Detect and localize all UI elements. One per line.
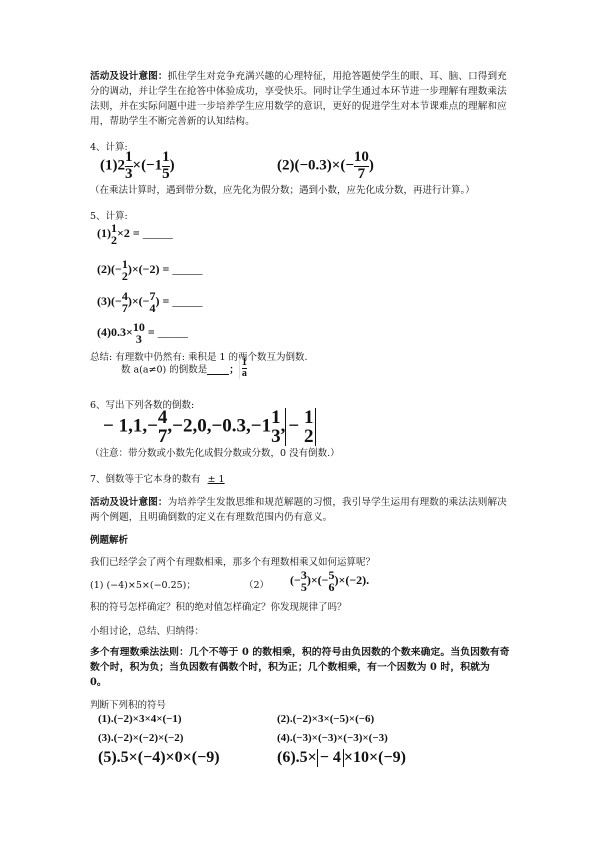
judge-sign-instruction: 判断下列积的符号: [90, 697, 166, 711]
text: (−: [290, 573, 301, 587]
absolute-value: − 12: [285, 408, 316, 446]
numerator: 1: [125, 150, 133, 167]
numerator: 1: [304, 408, 314, 427]
denominator: 3: [271, 427, 281, 446]
label: (2): [277, 157, 295, 173]
text: )×(−: [307, 573, 329, 587]
q4-problem-1: (1)213×(−115): [100, 150, 175, 182]
example-intro: 我们已经学会了两个有理数相乘，那多个有理数相乘又如何运算呢？: [90, 554, 375, 568]
label: (4): [97, 325, 111, 339]
text: ): [369, 157, 374, 173]
q5-item-2: (2)(−12)×(−2) = _____: [97, 258, 202, 282]
rule-label: 多个有理数乘法法则：: [90, 647, 189, 658]
fraction: 103: [133, 321, 145, 345]
group-discussion: 小组讨论，总结、归纳得：: [90, 623, 204, 637]
answer: ± 1: [208, 474, 225, 485]
text: (−: [111, 262, 122, 276]
denominator: 5: [162, 167, 170, 182]
numerator: 4: [158, 408, 168, 427]
exercise-3: (3).(−2)×(−2)×(−2): [98, 732, 183, 744]
text: − 1,1,−: [103, 415, 158, 436]
fraction: 15: [162, 150, 170, 182]
q5-item-1: (1)12×2 = _____: [97, 222, 173, 246]
text: )×(−: [128, 294, 150, 308]
example-2-label: （2）: [244, 577, 269, 591]
text: (−1: [141, 157, 162, 173]
fraction: 1a: [239, 358, 247, 379]
exercise-2: (2).(−2)×3×(−5)×(−6): [277, 713, 374, 725]
label: (2): [97, 262, 111, 276]
text: 数 a(a≠0) 的倒数是: [121, 365, 207, 376]
q4-problem-2: (2)(−0.3)×(−107): [277, 150, 374, 182]
numerator: 1: [271, 408, 281, 427]
question-5-title: 5、计算:: [90, 208, 128, 222]
text: (−0.3): [295, 157, 332, 173]
text: (6).5×: [277, 749, 317, 766]
exercise-6: (6).5×− 4×10×(−9): [277, 749, 406, 767]
label: (1): [100, 157, 118, 173]
text: ；: [229, 365, 239, 376]
q4-note: （在乘法计算时，遇到带分数，应先化为假分数；遇到小数，应先化成分数，再进行计算。…: [90, 182, 530, 196]
text: −: [288, 415, 299, 436]
fraction: 12: [304, 408, 314, 446]
q5-item-4: (4)0.3×103 = _____: [97, 321, 188, 345]
exercise-5: (5).5×(−4)×0×(−9): [98, 749, 220, 767]
text: ×2 =: [117, 226, 140, 240]
design-intent-label: 活动及设计意图：: [90, 71, 168, 82]
multiplication-rule: 多个有理数乘法法则：几个不等于 0 的数相乘，积的符号由负因数的个数来确定。当负…: [90, 645, 510, 690]
denominator: 7: [158, 427, 168, 446]
denominator: a: [242, 368, 247, 379]
example-heading: 例题解析: [90, 532, 128, 546]
question-7: 7、倒数等于它本身的数有 ± 1: [90, 471, 225, 485]
q5-item-3: (3)(−47)×(−74) = _____: [97, 290, 202, 314]
text: ×10×(−9): [344, 749, 406, 766]
design-intent-paragraph-1: 活动及设计意图：抓住学生对竞争充满兴趣的心理特征，用抢答题使学生的眼、耳、脑、口…: [90, 69, 510, 129]
q5-reciprocal-line: 数 a(a≠0) 的倒数是 ；1a: [121, 358, 247, 379]
answer-blank[interactable]: _____: [158, 325, 188, 339]
design-intent-paragraph-2: 活动及设计意图：为培养学生发散思维和规范解题的习惯，我引导学生运用有理数的乘法法…: [90, 495, 510, 525]
example-question: 积的符号怎样确定？积的绝对值怎样确定？你发现规律了吗？: [90, 599, 347, 613]
denominator: 2: [304, 427, 314, 446]
numerator: 1: [162, 150, 170, 167]
times-sign: ×: [133, 157, 142, 173]
text: ): [170, 157, 175, 173]
q6-note: （注意：带分数或小数先化成假分数或分数，0 没有倒数.）: [90, 445, 340, 459]
answer-blank[interactable]: _____: [172, 294, 202, 308]
fraction: 13: [271, 408, 281, 446]
text: 7、倒数等于它本身的数有: [90, 474, 201, 485]
fraction: 47: [158, 408, 168, 446]
label: (1): [97, 226, 111, 240]
denominator: 3: [133, 333, 145, 345]
absolute-value: − 4: [317, 749, 344, 767]
text: =: [145, 325, 155, 339]
numerator: 1: [242, 358, 247, 368]
denominator: 7: [354, 167, 369, 182]
text: ) =: [156, 294, 170, 308]
whole: 2: [118, 157, 126, 173]
design-intent-label: 活动及设计意图：: [90, 497, 168, 508]
q6-number-sequence: − 1,1,−47,−2,0,−0.3,−113,− 12: [103, 408, 316, 446]
label: (3): [97, 294, 111, 308]
example-2-expression: (−35)×(−56)×(−2).: [290, 569, 369, 593]
fraction: 13: [125, 150, 133, 182]
text: ,−2,0,−0.3,−1: [167, 415, 271, 436]
numerator: 10: [354, 150, 369, 167]
exercise-1: (1).(−2)×3×4×(−1): [98, 713, 182, 725]
answer-blank[interactable]: [207, 363, 229, 375]
denominator: 3: [125, 167, 133, 182]
text: )×(−2) =: [128, 262, 170, 276]
fraction: 107: [354, 150, 369, 182]
example-1: (1) (−4)×5×(−0.25)；: [90, 577, 196, 591]
text: (−: [340, 157, 354, 173]
text: 0.3×: [111, 325, 133, 339]
text: (−: [111, 294, 122, 308]
text: )×(−2).: [335, 573, 370, 587]
answer-blank[interactable]: _____: [172, 262, 202, 276]
answer-blank[interactable]: _____: [143, 226, 173, 240]
exercise-4: (4).(−3)×(−3)×(−3)×(−3): [277, 732, 388, 744]
